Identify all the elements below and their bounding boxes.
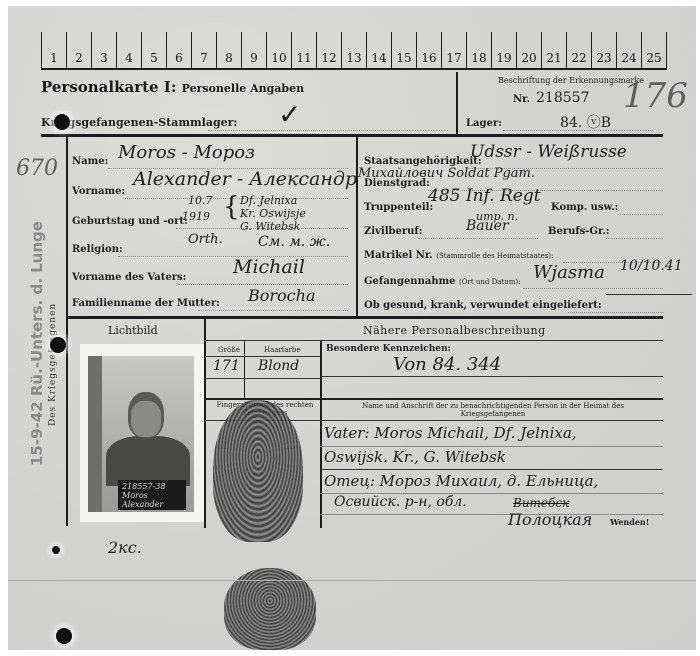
- number-cell: 6: [166, 32, 191, 68]
- place-line: Kr. Oswijsje: [240, 207, 306, 220]
- number-cell: 4: [116, 32, 141, 68]
- geburt-label: Geburtstag und -ort:: [72, 216, 188, 227]
- plate-line: 218557-38: [122, 482, 182, 491]
- rule: [606, 294, 692, 295]
- gefangen-value: Wjasma: [533, 262, 605, 283]
- matrikel-note: (Stammrolle des Heimatstaates):: [436, 252, 553, 260]
- punch-hole: [52, 546, 60, 554]
- mutter-value: Borocha: [248, 286, 315, 305]
- number-cell: 2: [66, 32, 91, 68]
- mutter-label: Familienname der Mutter:: [72, 298, 220, 309]
- rule: [204, 378, 320, 379]
- vater-label: Vorname des Vaters:: [72, 272, 186, 283]
- punch-hole: [50, 337, 66, 353]
- gefangen-label-text: Gefangennahme: [364, 276, 456, 287]
- number-cell: 9: [241, 32, 266, 68]
- name-value: Moros - Мороз: [118, 142, 255, 163]
- number-strip: 1234567891011121314151617181920212223242…: [41, 32, 667, 70]
- truppenteil-label: Truppenteil:: [364, 202, 433, 213]
- number-cell: 15: [391, 32, 416, 68]
- punch-hole: [56, 628, 72, 644]
- photo-plate: 218557-38 Moros Alexander: [118, 480, 186, 510]
- haar-value: Blond: [258, 358, 299, 374]
- margin-pencil-number: 670: [16, 156, 58, 181]
- lager-label: Lager:: [466, 118, 502, 129]
- number-cell: 10: [266, 32, 291, 68]
- line: [198, 310, 348, 311]
- number-cell: 14: [366, 32, 391, 68]
- contact-line: Oswijsk. Kr., G. Witebsk: [324, 448, 506, 466]
- place-line: G. Witebsk: [240, 220, 306, 233]
- photo-bg: [88, 356, 102, 512]
- line: [523, 288, 663, 289]
- title-sub: Personelle Angaben: [182, 82, 305, 95]
- vorname-label: Vorname:: [72, 186, 125, 197]
- photo-face: [131, 401, 161, 437]
- divider: [204, 316, 206, 528]
- nr-label: Nr.: [513, 94, 530, 105]
- rule: [41, 134, 663, 137]
- rule: [204, 340, 663, 341]
- kennzeichen-value: Von 84. 344: [393, 354, 501, 375]
- groesse-label: Größe: [218, 346, 240, 354]
- title-main: Personalkarte I:: [41, 78, 176, 96]
- name-label: Name:: [72, 156, 108, 167]
- number-cell: 3: [91, 32, 116, 68]
- contact-last: Полоцкая: [508, 510, 592, 529]
- divider: [356, 134, 358, 316]
- gefangen-date: 10/10.41: [620, 258, 683, 274]
- matrikel-label-text: Matrikel Nr.: [364, 250, 433, 261]
- komp-label: Komp. usw.:: [551, 202, 618, 213]
- punch-hole: [54, 114, 70, 130]
- photo-body: [106, 436, 190, 486]
- line: [606, 238, 663, 239]
- geburt-place: Df. Jelnixa Kr. Oswijsje G. Witebsk: [240, 194, 306, 233]
- berufsgr-label: Berufs-Gr.:: [548, 226, 610, 237]
- date-stamp: 15-9-42 Rü.-Unters. d. Lunge: [28, 221, 46, 466]
- number-cell: 24: [616, 32, 641, 68]
- lichtbild-label: Lichtbild: [108, 324, 158, 337]
- kennzeichen-label: Besondere Kennzeichen:: [326, 344, 451, 354]
- gefangen-label: Gefangennahme (Ort und Datum):: [364, 276, 520, 287]
- staat-value: Udssr - Weißrusse: [470, 142, 627, 162]
- plate-line: Alexander: [122, 500, 182, 509]
- rule: [204, 356, 320, 357]
- wenden-label: Wenden!: [610, 517, 649, 527]
- rule: [320, 514, 663, 515]
- contact-line: Vater: Moros Michail, Df. Jelnixa,: [324, 424, 577, 442]
- number-cell: 11: [291, 32, 316, 68]
- zivilberuf-label: Zivilberuf:: [364, 226, 422, 237]
- margin-rule: [66, 134, 68, 526]
- dienstgrad-value: Михайлович Soldat Pgaт.: [358, 166, 535, 181]
- number-cell: 19: [491, 32, 516, 68]
- geburt-day: 10.7: [188, 194, 213, 207]
- number-cell: 23: [591, 32, 616, 68]
- lager-value: 84. ⓥB: [560, 112, 611, 132]
- number-cell: 7: [191, 32, 216, 68]
- line: [178, 284, 348, 285]
- truppenteil-value: 485 Inf. Regt: [428, 186, 541, 206]
- number-cell: 22: [566, 32, 591, 68]
- photo: 218557-38 Moros Alexander: [80, 344, 204, 522]
- personalkarte-card: 1234567891011121314151617181920212223242…: [8, 6, 696, 650]
- number-cell: 8: [216, 32, 241, 68]
- groesse-value: 171: [213, 358, 240, 374]
- rule: [320, 469, 663, 470]
- rule: [66, 316, 663, 319]
- stammlager-check: ✓: [278, 98, 301, 131]
- number-cell: 1: [41, 32, 66, 68]
- number-cell: 12: [316, 32, 341, 68]
- religion-extra: См. м. ж.: [258, 234, 330, 250]
- section-title: Nähere Personalbeschreibung: [363, 324, 546, 337]
- rule: [204, 398, 663, 400]
- religion-label: Religion:: [72, 244, 123, 255]
- brace: {: [223, 192, 240, 222]
- photo-image: 218557-38 Moros Alexander: [88, 356, 194, 512]
- number-cell: 17: [441, 32, 466, 68]
- place-line: Df. Jelnixa: [240, 194, 306, 207]
- number-cell: 25: [641, 32, 667, 68]
- vater-value: Michail: [233, 256, 305, 278]
- divider: [244, 340, 245, 400]
- haar-label: Haarfarbe: [264, 346, 301, 354]
- zivilberuf-value: Bauer: [466, 218, 509, 234]
- number-cell: 20: [516, 32, 541, 68]
- contact-struck: Витебск: [513, 496, 569, 510]
- bottom-note: 2кс.: [108, 538, 142, 557]
- corner-pencil-number: 176: [623, 76, 688, 116]
- stammlager-line: [208, 130, 448, 131]
- rule: [320, 446, 663, 447]
- gesund-label: Ob gesund, krank, verwundet eingeliefert…: [364, 300, 602, 311]
- number-cell: 5: [141, 32, 166, 68]
- nr-value: 218557: [536, 90, 589, 106]
- contact-label: Name und Anschrift der zu benachrichtige…: [333, 402, 653, 418]
- matrikel-label: Matrikel Nr. (Stammrolle des Heimatstaat…: [364, 250, 553, 261]
- vorname-value: Alexander - Александр: [133, 168, 357, 190]
- fingerprint: [213, 400, 303, 542]
- line: [418, 238, 538, 239]
- stammlager-label: Kriegsgefangenen-Stammlager:: [41, 116, 238, 129]
- divider: [456, 72, 458, 134]
- geburt-year: 1919: [182, 210, 210, 223]
- number-cell: 16: [416, 32, 441, 68]
- line: [568, 312, 663, 313]
- vertical-label: Des Kriegsgefangenen: [48, 303, 58, 426]
- rule: [320, 376, 663, 377]
- divider: [320, 340, 322, 528]
- contact-line: Освийск. р-н, обл.: [334, 494, 467, 510]
- religion-value: Orth.: [188, 232, 223, 247]
- number-cell: 13: [341, 32, 366, 68]
- number-cell: 18: [466, 32, 491, 68]
- card-title: Personalkarte I: Personelle Angaben: [41, 78, 304, 96]
- plate-line: Moros: [122, 491, 182, 500]
- fold-line: [8, 580, 696, 581]
- line: [618, 214, 663, 215]
- number-cell: 21: [541, 32, 566, 68]
- contact-line: Отец: Мороз Михаил, д. Ельница,: [324, 472, 598, 490]
- gefangen-note: (Ort und Datum):: [459, 278, 520, 286]
